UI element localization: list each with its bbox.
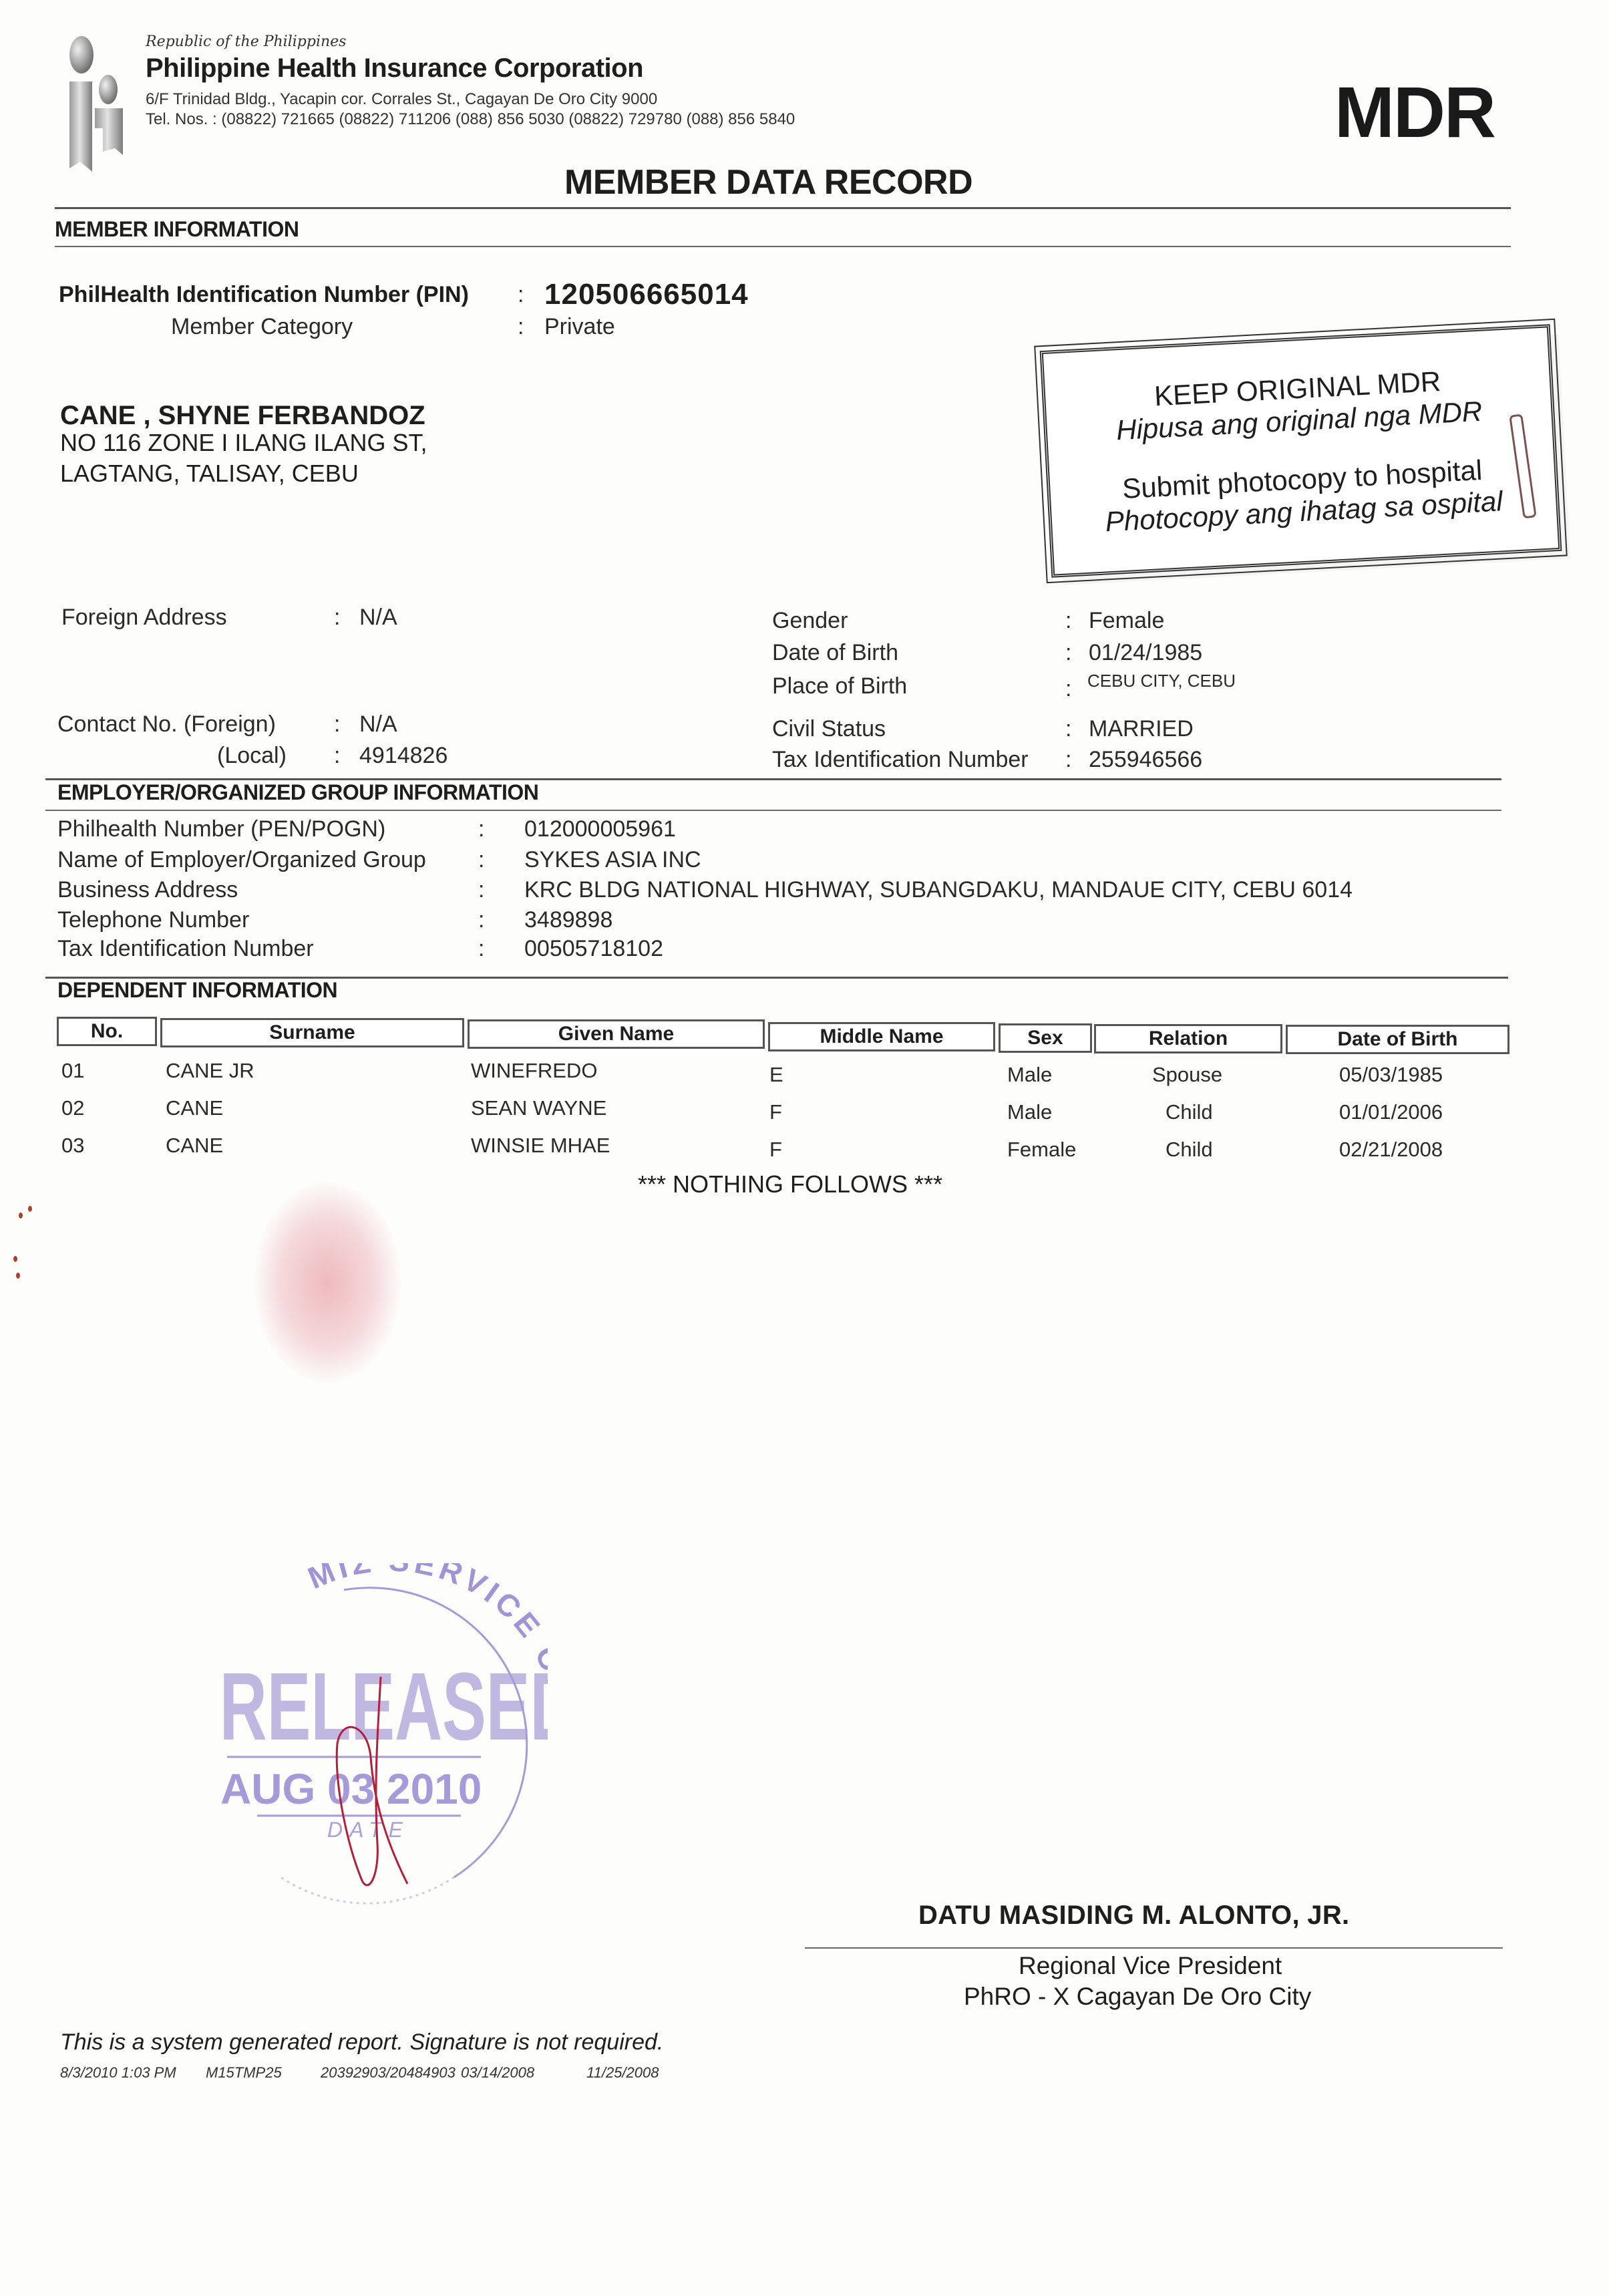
rust-speck	[16, 1273, 20, 1279]
colon: :	[1065, 747, 1071, 773]
colon: :	[1065, 716, 1071, 742]
cell-dob: 05/03/1985	[1339, 1063, 1443, 1087]
contact-foreign-label: Contact No. (Foreign)	[57, 711, 276, 737]
column-header: Surname	[160, 1018, 464, 1047]
cell-middle: F	[769, 1138, 782, 1162]
column-header: Middle Name	[768, 1022, 995, 1051]
cell-sex: Male	[1007, 1100, 1052, 1124]
column-header: Relation	[1094, 1024, 1282, 1053]
member-tin-label: Tax Identification Number	[772, 747, 1029, 773]
stamp-word: RELEASED	[220, 1653, 548, 1760]
member-address-line2: LAGTANG, TALISAY, CEBU	[60, 460, 359, 488]
member-category-value: Private	[544, 314, 615, 340]
cell-middle: F	[769, 1100, 782, 1124]
colon: :	[478, 816, 484, 842]
column-header: Sex	[999, 1023, 1092, 1053]
cell-surname: CANE	[166, 1134, 223, 1158]
pob-value: CEBU CITY, CEBU	[1087, 671, 1236, 691]
divider	[45, 810, 1501, 811]
colon: :	[334, 711, 340, 737]
form-code: MDR	[1334, 70, 1495, 154]
member-tin-value: 255946566	[1089, 747, 1202, 773]
divider	[55, 246, 1511, 247]
member-address-line1: NO 116 ZONE I ILANG ILANG ST,	[60, 429, 427, 457]
republic-label: Republic of the Philippines	[146, 33, 346, 50]
organization-name: Philippine Health Insurance Corporation	[146, 53, 643, 84]
section-dependent-information: DEPENDENT INFORMATION	[57, 978, 337, 1003]
cell-no: 01	[61, 1059, 84, 1083]
contact-local-value: 4914826	[359, 743, 448, 769]
cell-relation: Child	[1166, 1138, 1213, 1162]
philhealth-logo-icon	[61, 35, 142, 175]
dob-label: Date of Birth	[772, 640, 898, 666]
employer-field-label: Philhealth Number (PEN/POGN)	[57, 816, 385, 842]
footer-date-1: 03/14/2008	[461, 2064, 534, 2082]
pob-label: Place of Birth	[772, 673, 907, 699]
ink-stain	[254, 1182, 401, 1383]
foreign-address-value: N/A	[359, 605, 397, 631]
footer-user-code: M15TMP25	[206, 2064, 282, 2082]
pin-label: PhilHealth Identification Number (PIN)	[59, 282, 469, 308]
signatory-title: Regional Vice President	[1019, 1952, 1282, 1980]
employer-field-value: SYKES ASIA INC	[524, 847, 701, 873]
divider	[55, 207, 1511, 209]
cell-surname: CANE JR	[166, 1059, 254, 1083]
contact-foreign-value: N/A	[359, 711, 397, 737]
colon: :	[518, 314, 524, 340]
employer-field-value: 3489898	[524, 907, 612, 933]
organization-address: 6/F Trinidad Bldg., Yacapin cor. Corrale…	[146, 90, 657, 109]
cell-sex: Female	[1007, 1138, 1076, 1162]
colon: :	[478, 847, 484, 873]
colon: :	[1065, 608, 1071, 634]
colon: :	[478, 936, 484, 962]
gender-value: Female	[1089, 608, 1164, 634]
civil-status-value: MARRIED	[1089, 716, 1194, 742]
civil-status-label: Civil Status	[772, 716, 886, 742]
cell-surname: CANE	[166, 1096, 223, 1120]
column-header: Date of Birth	[1286, 1025, 1509, 1054]
nothing-follows: *** NOTHING FOLLOWS ***	[638, 1170, 942, 1198]
employer-field-value: 00505718102	[524, 936, 663, 962]
document-title: MEMBER DATA RECORD	[564, 162, 972, 202]
pin-value: 120506665014	[544, 278, 749, 311]
stamp-date: AUG 03 2010	[220, 1765, 482, 1813]
member-category-label: Member Category	[171, 314, 353, 340]
section-employer-information: EMPLOYER/ORGANIZED GROUP INFORMATION	[57, 780, 538, 805]
employer-field-label: Business Address	[57, 877, 238, 903]
cell-dob: 01/01/2006	[1339, 1100, 1443, 1124]
section-member-information: MEMBER INFORMATION	[55, 217, 299, 242]
rust-speck	[19, 1212, 23, 1218]
rust-speck	[13, 1256, 17, 1262]
colon: :	[1065, 640, 1071, 666]
cell-middle: E	[769, 1063, 783, 1087]
signature-line	[805, 1947, 1503, 1949]
colon: :	[518, 282, 524, 308]
member-name: CANE , SHYNE FERBANDOZ	[60, 401, 425, 431]
organization-telephones: Tel. Nos. : (08822) 721665 (08822) 71120…	[146, 110, 795, 129]
colon: :	[478, 877, 484, 903]
rust-speck	[28, 1206, 32, 1212]
footer-date-2: 11/25/2008	[586, 2064, 659, 2082]
cell-relation: Spouse	[1152, 1063, 1222, 1087]
cell-no: 03	[61, 1134, 84, 1158]
system-generated-note: This is a system generated report. Signa…	[60, 2029, 663, 2056]
cell-sex: Male	[1007, 1063, 1052, 1087]
cell-dob: 02/21/2008	[1339, 1138, 1443, 1162]
employer-field-value: KRC BLDG NATIONAL HIGHWAY, SUBANGDAKU, M…	[524, 877, 1353, 903]
signatory-name: DATU MASIDING M. ALONTO, JR.	[918, 1901, 1349, 1931]
cell-given: WINEFREDO	[471, 1059, 597, 1083]
notice-box: KEEP ORIGINAL MDR Hipusa ang original ng…	[1040, 324, 1562, 578]
employer-field-label: Name of Employer/Organized Group	[57, 847, 426, 873]
employer-field-label: Tax Identification Number	[57, 936, 314, 962]
foreign-address-label: Foreign Address	[61, 605, 227, 631]
contact-local-label: (Local)	[217, 743, 287, 769]
colon: :	[334, 743, 340, 769]
footer-timestamp: 8/3/2010 1:03 PM	[60, 2064, 176, 2082]
cell-given: WINSIE MHAE	[471, 1134, 610, 1158]
colon: :	[334, 605, 340, 631]
cell-no: 02	[61, 1096, 84, 1120]
dob-value: 01/24/1985	[1089, 640, 1202, 666]
employer-field-value: 012000005961	[524, 816, 676, 842]
colon: :	[478, 907, 484, 933]
employer-field-label: Telephone Number	[57, 907, 249, 933]
stamp-date-caption: DATE	[327, 1818, 409, 1842]
footer-reference: 20392903/20484903	[321, 2064, 456, 2082]
column-header: No.	[57, 1017, 157, 1046]
signatory-office: PhRO - X Cagayan De Oro City	[964, 1983, 1311, 2011]
column-header: Given Name	[468, 1019, 765, 1049]
gender-label: Gender	[772, 608, 848, 634]
released-stamp: MIZ SERVICE OFFICE RELEASED AUG 03 2010 …	[200, 1563, 548, 1911]
cell-relation: Child	[1166, 1100, 1213, 1124]
cell-given: SEAN WAYNE	[471, 1096, 606, 1120]
colon: :	[1065, 676, 1071, 702]
